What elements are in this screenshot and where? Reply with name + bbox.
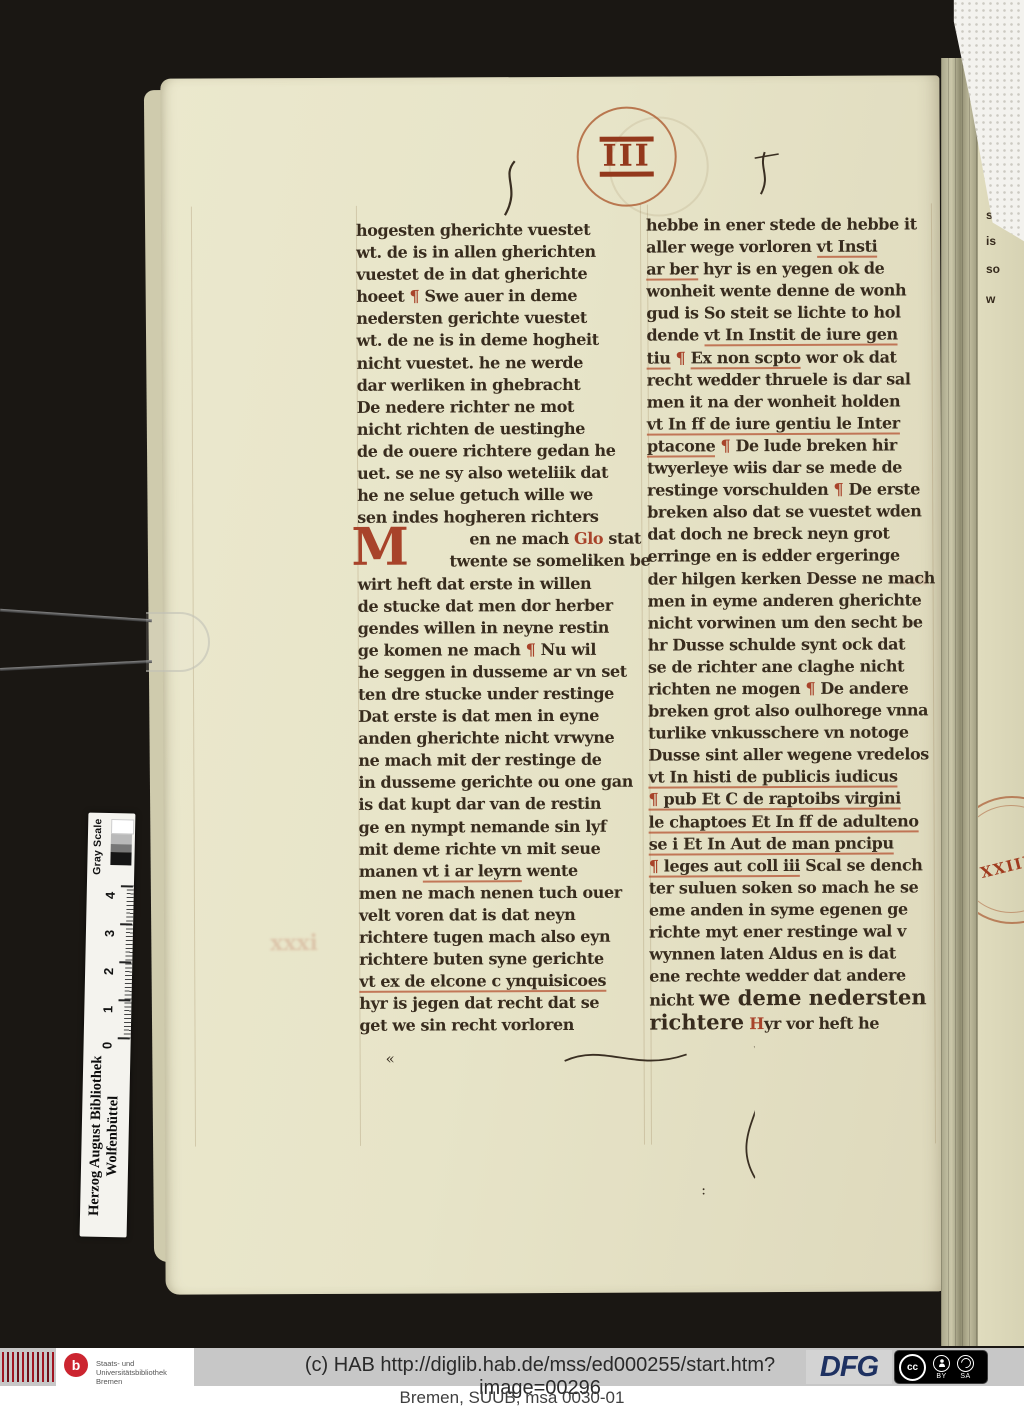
manuscript-line: dende vt In Instit de iure gen [646,324,938,347]
manuscript-line: vuestet de in dat gherichte [356,263,648,286]
manuscript-line: ten dre stucke under restinge [358,683,650,706]
manuscript-line: ¶ pub Et C de raptoibs virgini [648,788,940,811]
manuscript-line: mit deme richte vn mit seue [359,837,651,860]
manuscript-line: ge komen ne mach ¶ Nu wil [358,638,650,661]
manuscript-line: se i Et In Aut de man pncipu [649,832,941,855]
manuscript-line: wt. de is in allen gherichten [356,241,648,264]
share-alike-arrow-icon [957,1355,974,1372]
pen-flourish [745,150,789,216]
manuscript-line: men ne mach nenen tuch ouer [359,881,651,904]
manuscript-line: richtere Hyr vor heft he [649,1011,941,1036]
manuscript-line: men in eyme anderen gherichte [648,589,940,612]
manuscript-line: ter suluen soken so mach he se [649,876,941,899]
ruler-number: 2 [101,968,116,976]
manuscript-line: manen vt i ar leyrn wente [359,859,651,882]
manuscript-line: hogesten gherichte vuestet [356,219,648,242]
manuscript-line: nicht we deme nedersten [649,987,941,1012]
manuscript-line: hebbe in ener stede de hebbe it [646,213,938,236]
ruler-cm-tick [119,999,131,1001]
text-column-left: hogesten gherichte vuestetwt. de is in a… [356,219,652,1038]
manuscript-line: erringe en is edder ergeringe [647,545,939,568]
bremen-line: Universitätsbibliothek [96,1368,167,1377]
folio-number-circle: III [576,106,676,206]
ruler-number: 3 [102,930,117,938]
manuscript-line: wirt heft dat erste in willen [358,572,650,595]
grayscale-ruler: Gray Scale 4 3 2 1 0 Herzog August Bibli… [80,813,136,1238]
manuscript-line: ar ber hyr is en yegen ok de [646,258,938,281]
manuscript-line: dat doch ne breck neyn grot [647,523,939,546]
manuscript-line: de stucke dat men dor herber [358,594,650,617]
cc-sa-group: SA [957,1355,974,1380]
manuscript-line: Dat erste is dat men in eyne [358,705,650,728]
manuscript-line: ne mach mit der restinge de [358,749,650,772]
manuscript-line: nedersten gerichte vuestet [356,307,648,330]
folio-number: III [600,137,654,177]
ruler-cm-tick [121,885,133,887]
manuscript-line: hoeet ¶ Swe auer in deme [356,285,648,308]
text-column-right: hebbe in ener stede de hebbe italler weg… [646,213,942,1036]
manuscript-line: eme anden in syme egenen ge [649,898,941,921]
ruler-number: 1 [100,1006,115,1014]
cc-logo-icon: cc [899,1354,926,1381]
bremen-barcode-logo [2,1352,54,1382]
ruler-number: 4 [103,892,118,900]
quote-mark: « [386,1050,395,1068]
manuscript-line: dar werliken in ghebracht [357,373,649,396]
ruler-cm-tick [119,961,131,963]
manuscript-line: vt ex de elcone c ynquisicoes [359,970,651,993]
manuscript-line: hr Dusse schulde synt ock dat [648,633,940,656]
grayscale-patch-white [111,819,134,834]
manuscript-line: nicht vuestet. he ne werde [357,351,649,374]
manuscript-line: ¶ leges aut coll iii Scal se dench [649,854,941,877]
text-fragment: is [986,234,996,248]
gray-scale-label: Gray Scale [91,818,104,875]
book-gutter [941,58,978,1346]
manuscript-line: uet. se ne sy also weteliik dat [357,462,649,485]
manuscript-line: ge en nympt nemande sin lyf [359,815,651,838]
text-fragment: so [986,262,1000,276]
cc-by-label: BY [936,1373,946,1380]
grayscale-patch-black [110,852,131,865]
manuscript-line: tiu ¶ Ex non scpto wor ok dat [647,346,939,369]
margin-rule-line [191,207,196,1147]
grayscale-patch-light [111,834,132,844]
page-holder-rod-tip [146,612,210,672]
page-holder-rod [0,660,152,671]
manuscript-line: get we sin recht vorloren [359,1014,651,1037]
cc-sa-label: SA [960,1373,970,1380]
shelfmark-text: Bremen, SUUB, msa 0030-01 [0,1388,1024,1408]
text-fragment: w [986,292,995,306]
cc-by-group: BY [933,1355,950,1380]
manuscript-line: de de ouere richtere gedan he [357,440,649,463]
manuscript-line: breken also dat se vuestet wden [647,501,939,524]
manuscript-line: in dusseme gerichte ou one gan [358,771,650,794]
pen-flourish [491,157,531,219]
manuscript-line: nicht vorwinen um den secht be [648,611,940,634]
manuscript-line: twente se someliken be [357,550,649,573]
bremen-library-text: Staats- und Universitätsbibliothek Breme… [96,1359,167,1386]
manuscript-line: ptacone ¶ De lude breken hir [647,434,939,457]
manuscript-line: is dat kupt dar van de restin [358,793,650,816]
cc-license-badge: cc BY SA [894,1350,988,1384]
ruler-cm-tick [120,923,132,925]
bremen-line: Bremen [96,1377,167,1386]
page-holder-rod [0,609,152,623]
manuscript-line: vt In histi de publicis iudicus [648,766,940,789]
library-name: Herzog August Bibliothek Wolfenbüttel [86,1047,124,1226]
manuscript-line: restinge vorschulden ¶ De erste [647,478,939,501]
manuscript-line: gendes willen in neyne restin [358,616,650,639]
manuscript-line: De nedere richter ne mot [357,395,649,418]
ruler-cm-tick [118,1037,130,1039]
attribution-person-icon [933,1355,950,1372]
manuscript-line: breken grot also oulhorege vnna [648,699,940,722]
manuscript-line: vt In ff de iure gentiu le Inter [647,412,939,435]
manuscript-line: Men ne mach Glo stat [357,528,649,551]
manuscript-line: turlike vnkusschere vn notoge [648,721,940,744]
manuscript-line: richte myt ener restinge wal v [649,920,941,943]
manuscript-line: men it na der wonheit holden [647,390,939,413]
ink-dots: : [701,1182,706,1198]
manuscript-line: he seggen in dusseme ar vn set [358,660,650,683]
manuscript-line: wt. de ne is in deme hogheit [356,329,648,352]
bottom-flourish [455,1028,756,1189]
manuscript-line: Dusse sint aller wegene vredelos [648,744,940,767]
manuscript-line: richten ne mogen ¶ De andere [648,677,940,700]
manuscript-line: richtere buten syne gerichte [359,948,651,971]
manuscript-line: velt voren dat is dat neyn [359,903,651,926]
manuscript-line: wynnen laten Aldus en is dat [649,942,941,965]
manuscript-line: twyerleye wiis dar se mede de [647,456,939,479]
dfg-logo: DFG [806,1350,892,1384]
manuscript-line: hyr is jegen dat recht dat se [359,992,651,1015]
manuscript-line: gud is So steit se lichte to hol [646,302,938,325]
bremen-line: Staats- und [96,1359,167,1368]
manuscript-line: recht wedder thruele is dar sal [647,368,939,391]
manuscript-line: wonheit wente denne de wonh [646,280,938,303]
manuscript-line: se de richter ane claghe nicht [648,655,940,678]
manuscript-line: he ne selue getuch wille we [357,484,649,507]
manuscript-line: anden gherichte nicht vrwyne [358,727,650,750]
bleedthrough-mark: xxxi [270,930,318,956]
manuscript-line: richtere tugen mach also eyn [359,926,651,949]
manuscript-line: aller wege vorloren vt Insti [646,235,938,258]
manuscript-page: III « : xxxi xxx hogesten gherichte vues… [160,75,944,1294]
manuscript-line: der hilgen kerken Desse ne mach [647,567,939,590]
manuscript-line: le chaptoes Et In ff de adulteno [649,810,941,833]
dfg-logo-text: DFG [820,1351,878,1384]
bremen-b-icon: b [64,1353,88,1377]
manuscript-line: nicht richten de uestinghe [357,417,649,440]
